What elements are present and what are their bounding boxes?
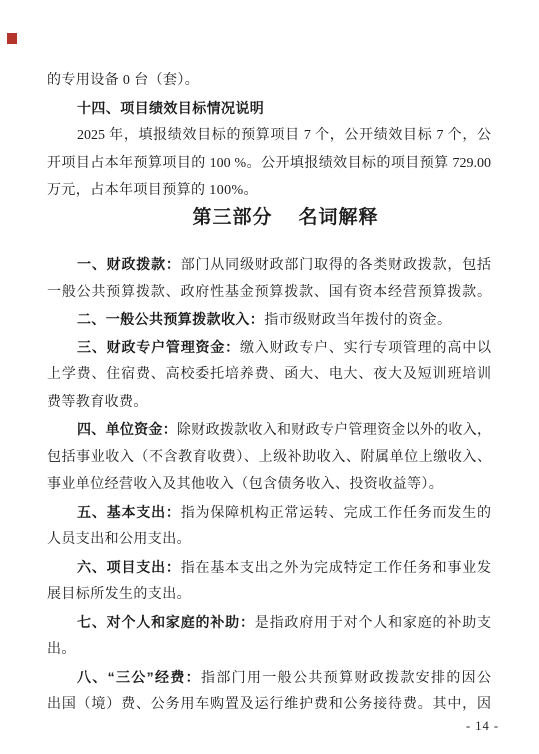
document-page: 的专用设备 0 台（套）。十四、项目绩效目标情况说明2025 年，填报绩效目标的… — [0, 0, 539, 754]
body-text: 事业单位经营收入及其他收入（包含债务收入、投资收益等）。 — [47, 477, 443, 492]
term-label: 二、一般公共预算拨款收入： — [77, 311, 264, 327]
body-text: 的专用设备 0 台（套）。 — [47, 73, 199, 88]
body-text: 开项目占本年预算项目的 100 %。公开填报绩效目标的项目预算 729.00 — [47, 156, 491, 171]
body-text: 出。 — [47, 642, 76, 657]
text-line: 出。 — [47, 636, 491, 664]
page-number: - 14 - — [466, 719, 499, 734]
body-text: 缴入财政专户、实行专项管理的高中以 — [240, 341, 491, 356]
section-heading: 第三部分名词解释 — [0, 203, 539, 233]
body-text: 除财政拨款收入和财政专户管理资金以外的收入， — [177, 423, 491, 438]
text-line: 事业单位经营收入及其他收入（包含债务收入、投资收益等）。 — [47, 471, 491, 499]
text-line: 人员支出和公用支出。 — [47, 526, 491, 554]
section-heading-part1: 第三部分 — [192, 207, 272, 228]
body-text: 指市级财政当年拨付的资金。 — [264, 313, 451, 328]
body-text: 2025 年，填报绩效目标的预算项目 7 个，公开绩效目标 7 个，公 — [77, 128, 491, 143]
text-line: 八、“三公”经费：指部门用一般公共预算财政拨款安排的因公 — [47, 664, 491, 692]
paragraph-block-top: 的专用设备 0 台（套）。十四、项目绩效目标情况说明2025 年，填报绩效目标的… — [47, 67, 491, 205]
body-text: 出国（境）费、公务用车购置及运行维护费和公务接待费。其中，因 — [47, 697, 491, 712]
body-text: 是指政府用于对个人和家庭的补助支 — [255, 616, 491, 631]
text-line: 展目标所发生的支出。 — [47, 581, 491, 609]
term-label: 七、对个人和家庭的补助： — [77, 614, 255, 630]
text-line: 2025 年，填报绩效目标的预算项目 7 个，公开绩效目标 7 个，公 — [47, 122, 491, 150]
body-text: 指为保障机构正常运转、完成工作任务而发生的 — [181, 506, 491, 521]
term-label: 八、“三公”经费： — [77, 669, 201, 685]
text-line: 六、项目支出：指在基本支出之外为完成特定工作任务和事业发 — [47, 554, 491, 582]
text-line: 四、单位资金：除财政拨款收入和财政专户管理资金以外的收入， — [47, 416, 491, 444]
paragraph-block-terms: 一、财政拨款：部门从同级财政部门取得的各类财政拨款，包括一般公共预算拨款、政府性… — [47, 251, 491, 719]
text-line: 一、财政拨款：部门从同级财政部门取得的各类财政拨款，包括 — [47, 251, 491, 279]
term-label: 三、财政专户管理资金： — [77, 339, 240, 355]
body-text: 上学费、住宿费、高校委托培养费、函大、电大、夜大及短训班培训 — [47, 367, 491, 382]
body-text: 指部门用一般公共预算财政拨款安排的因公 — [201, 671, 491, 686]
text-line: 费等教育收费。 — [47, 389, 491, 417]
body-text: 展目标所发生的支出。 — [47, 587, 191, 602]
text-line: 上学费、住宿费、高校委托培养费、函大、电大、夜大及短训班培训 — [47, 361, 491, 389]
term-label: 一、财政拨款： — [77, 256, 181, 272]
body-text: 指在基本支出之外为完成特定工作任务和事业发 — [181, 561, 491, 576]
body-text: 包括事业收入（不含教育收费）、上级补助收入、附属单位上缴收入、 — [47, 450, 491, 465]
text-line: 一般公共预算拨款、政府性基金预算拨款、国有资本经营预算拨款。 — [47, 279, 491, 307]
body-text: 一般公共预算拨款、政府性基金预算拨款、国有资本经营预算拨款。 — [47, 285, 491, 300]
text-line: 十四、项目绩效目标情况说明 — [47, 95, 491, 123]
term-label: 四、单位资金： — [77, 421, 177, 437]
body-text: 万元，占本年项目预算的 100%。 — [47, 183, 258, 198]
body-text: 费等教育收费。 — [47, 395, 148, 410]
text-line: 二、一般公共预算拨款收入：指市级财政当年拨付的资金。 — [47, 306, 491, 334]
section-heading-part2: 名词解释 — [299, 207, 379, 228]
text-line: 三、财政专户管理资金：缴入财政专户、实行专项管理的高中以 — [47, 334, 491, 362]
body-text: 人员支出和公用支出。 — [47, 532, 191, 547]
term-label: 五、基本支出： — [77, 504, 181, 520]
term-label: 十四、项目绩效目标情况说明 — [77, 100, 264, 116]
text-line: 出国（境）费、公务用车购置及运行维护费和公务接待费。其中，因 — [47, 691, 491, 719]
term-label: 六、项目支出： — [77, 559, 181, 575]
text-line: 包括事业收入（不含教育收费）、上级补助收入、附属单位上缴收入、 — [47, 444, 491, 472]
text-line: 开项目占本年预算项目的 100 %。公开填报绩效目标的项目预算 729.00 — [47, 150, 491, 178]
text-line: 的专用设备 0 台（套）。 — [47, 67, 491, 95]
red-stamp-mark — [7, 33, 17, 44]
text-line: 七、对个人和家庭的补助：是指政府用于对个人和家庭的补助支 — [47, 609, 491, 637]
text-line: 五、基本支出：指为保障机构正常运转、完成工作任务而发生的 — [47, 499, 491, 527]
text-line: 万元，占本年项目预算的 100%。 — [47, 177, 491, 205]
body-text: 部门从同级财政部门取得的各类财政拨款，包括 — [181, 258, 491, 273]
